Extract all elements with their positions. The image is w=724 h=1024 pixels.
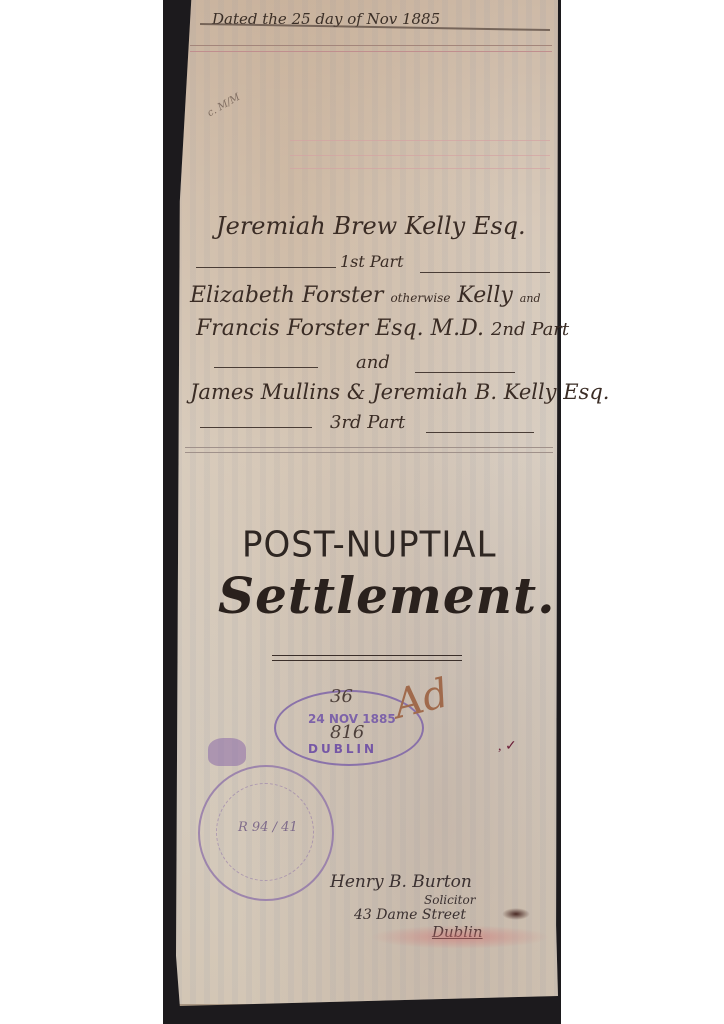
first-party-name: Jeremiah Brew Kelly Esq. (216, 212, 526, 240)
second-party-surname: Kelly (457, 283, 512, 308)
solicitor-name: Henry B. Burton (330, 872, 472, 892)
otherwise-text: otherwise (390, 291, 450, 305)
second-party-name-1: Elizabeth Forster otherwise Kelly and (190, 283, 540, 308)
connector-and: and (356, 352, 390, 373)
rule (196, 267, 336, 268)
second-party-name: Elizabeth Forster (190, 283, 383, 308)
third-party-label: 3rd Part (330, 412, 405, 433)
seal-handwriting: R 94 / 41 (238, 820, 298, 835)
solicitor-address: 43 Dame Street (354, 907, 466, 923)
red-rule (290, 140, 550, 141)
rule (426, 432, 534, 433)
top-rule-red (190, 51, 552, 52)
document-title-line1: POST-NUPTIAL (242, 524, 497, 566)
rule (415, 372, 515, 373)
rule (420, 272, 550, 273)
divider (185, 452, 553, 453)
red-rule (290, 168, 550, 169)
crown-icon (208, 738, 246, 766)
third-party-name: James Mullins & Jeremiah B. Kelly Esq. (190, 380, 609, 404)
second-party-doctor: Francis Forster Esq. M.D. (196, 316, 484, 341)
second-party-name-2: Francis Forster Esq. M.D. 2nd Part (196, 316, 569, 341)
title-underline (272, 655, 462, 656)
stamp-number-bottom: 816 (330, 722, 364, 743)
red-stain (370, 925, 550, 949)
document-title-line2: Settlement. (218, 566, 556, 625)
stamp-number-top: 36 (330, 686, 353, 707)
first-party-label: 1st Part (340, 252, 404, 271)
stamp-city: DUBLIN (308, 742, 377, 756)
second-party-label: 2nd Part (491, 319, 569, 340)
and-text: and (520, 292, 541, 305)
title-underline (272, 660, 462, 661)
red-rule (290, 155, 550, 156)
solicitor-title: Solicitor (424, 893, 475, 907)
top-rule (190, 45, 552, 46)
rule (214, 367, 318, 368)
rule (200, 427, 312, 428)
ink-marks: , ✓ (498, 738, 517, 755)
divider (185, 447, 553, 448)
ink-blot (502, 908, 530, 920)
